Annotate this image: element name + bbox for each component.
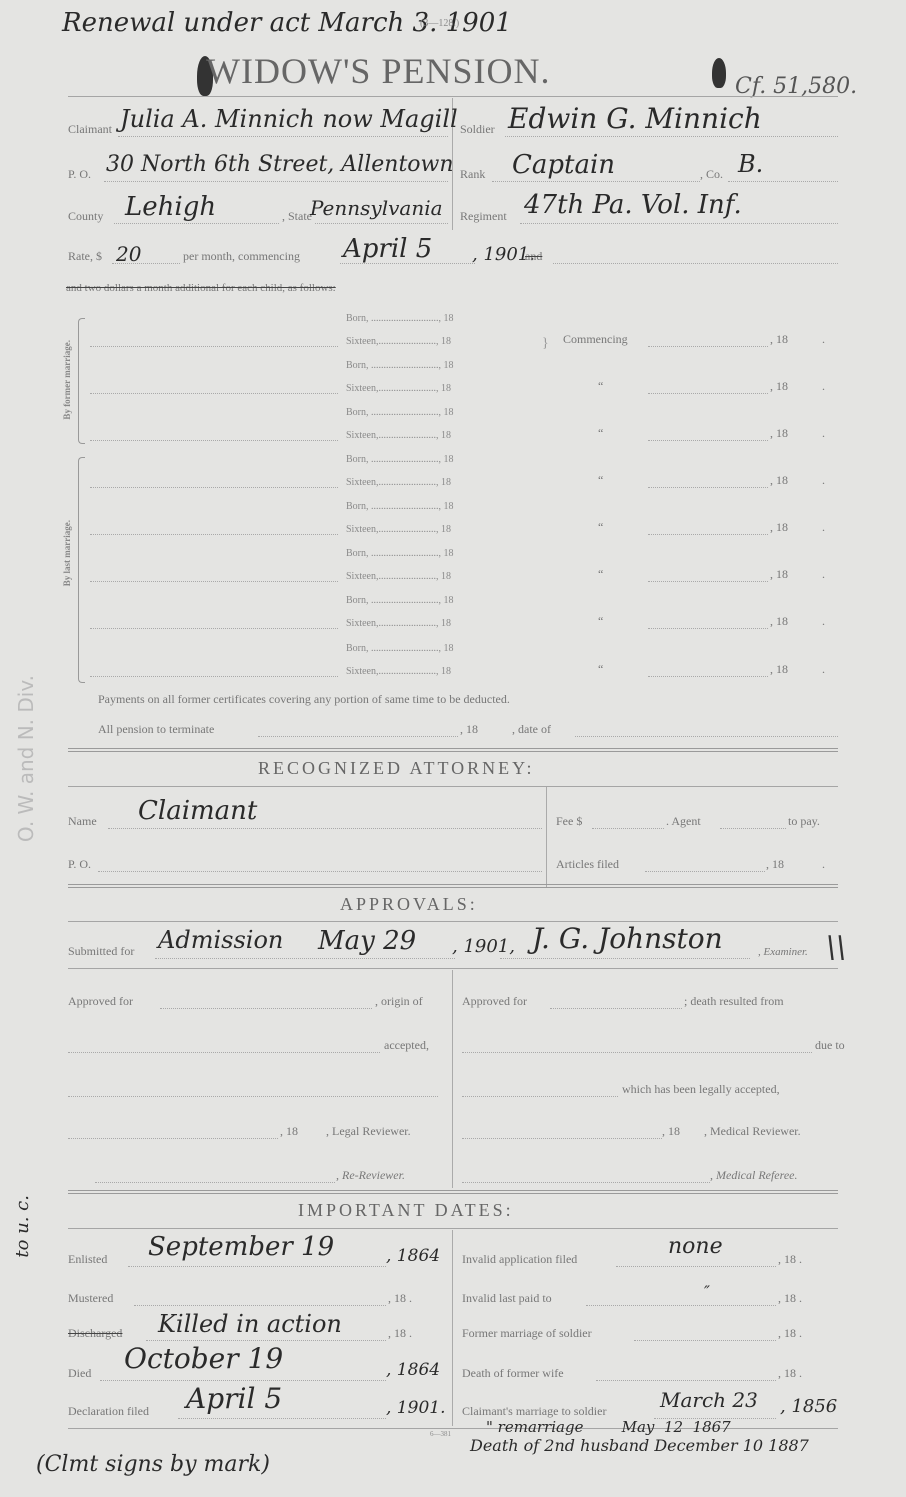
mustered-line[interactable] [134,1305,386,1306]
child-name-line[interactable] [90,440,338,441]
po-line [104,181,448,182]
po-value[interactable]: 30 North 6th Street, Allentown [106,152,454,177]
died-year[interactable]: , 1864 [386,1360,440,1380]
left-approved-line[interactable] [160,1008,372,1009]
brace-icon: } [542,336,549,352]
commencing-line[interactable] [648,487,768,488]
approvals-rule-top [68,884,838,888]
remarriage-note[interactable]: " remarriage May 12 1867 [486,1418,731,1436]
year-suffix: , 18 [770,520,788,535]
invalid-application-label: Invalid application filed [462,1252,577,1267]
former-marriage-label: By former marriage. [62,340,72,420]
terminate-year: , 18 [460,722,478,737]
and-struck: and [525,249,542,264]
attorney-po-line[interactable] [98,871,542,872]
year-suffix: , 18 [770,567,788,582]
period: . [822,426,825,441]
county-value[interactable]: Lehigh [125,192,216,222]
invalid-paid-label: Invalid last paid to [462,1291,552,1306]
last-marriage-label: By last marriage. [62,520,72,586]
invalid-paid-year: , 18 . [778,1291,802,1306]
year-suffix: , 18 [770,473,788,488]
commencing-line[interactable] [648,676,768,677]
ditto-mark: “ [598,379,603,394]
period: . [822,379,825,394]
header-rule [68,96,838,97]
died-line [100,1380,386,1381]
commencing-line[interactable] [648,393,768,394]
discharged-year: , 18 . [388,1326,412,1341]
county-line [114,223,279,224]
county-label: County [68,209,103,224]
invalid-paid-value[interactable]: ″ [704,1282,710,1301]
right-approved-line[interactable] [550,1008,682,1009]
payments-note: Payments on all former certificates cove… [98,692,510,707]
rank-line [492,181,700,182]
period: . [822,857,825,872]
sixteen-label: Sixteen,......................., 18 [346,477,451,488]
claimant-marriage-label: Claimant's marriage to soldier [462,1404,606,1419]
enlisted-year[interactable]: , 1864 [386,1246,440,1266]
attorney-name-label: Name [68,814,97,829]
right-approved-label: Approved for [462,994,527,1009]
sixteen-label: Sixteen,......................., 18 [346,571,451,582]
born-label: Born, ..........................., 18 [346,548,454,559]
regiment-label: Regiment [460,209,507,224]
child-name-line[interactable] [90,628,338,629]
invalid-application-value[interactable]: none [668,1234,723,1259]
claimant-marriage-value[interactable]: March 23 [660,1388,758,1412]
rank-label: Rank [460,167,485,182]
per-month-label: per month, commencing [183,249,300,264]
death-resulted-label: ; death resulted from [684,994,784,1009]
examiner-line [500,958,750,959]
legal-reviewer-label: , Legal Reviewer. [326,1124,411,1139]
sixteen-label: Sixteen,......................., 18 [346,336,451,347]
fee-label: Fee $ [556,814,582,829]
left-accepted-line[interactable] [68,1052,380,1053]
child-name-line[interactable] [90,487,338,488]
discharged-label: Discharged [68,1326,122,1341]
period: . [822,520,825,535]
co-label: , Co. [700,167,723,182]
born-label: Born, ..........................., 18 [346,360,454,371]
legal-date-line[interactable] [68,1138,278,1139]
period: . [822,567,825,582]
born-label: Born, ..........................., 18 [346,595,454,606]
invalid-application-year: , 18 . [778,1252,802,1267]
legal-year: , 18 [280,1124,298,1139]
child-name-line[interactable] [90,393,338,394]
commencing-line[interactable] [648,581,768,582]
children-line-struck: and two dollars a month additional for e… [66,282,336,294]
claimant-marriage-year[interactable]: , 1856 [780,1396,837,1417]
rank-value[interactable]: Captain [512,150,615,180]
sixteen-label: Sixteen,......................., 18 [346,524,451,535]
ditto-mark: “ [598,520,603,535]
rate-value[interactable]: 20 [116,242,141,266]
due-to-label: due to [815,1038,845,1053]
commencing-line[interactable] [648,534,768,535]
agent-label: . Agent [666,814,701,829]
declaration-value[interactable]: April 5 [186,1382,282,1415]
soldier-value[interactable]: Edwin G. Minnich [508,102,762,135]
form-number: (3—128.) [420,18,459,29]
child-name-line[interactable] [90,676,338,677]
enlisted-value[interactable]: September 19 [148,1232,334,1262]
accepted-label: accepted, [384,1038,429,1053]
sixteen-label: Sixteen,......................., 18 [346,430,451,441]
state-line [315,223,448,224]
attorney-name-value[interactable]: Claimant [138,796,257,826]
year-suffix: , 18 [770,426,788,441]
articles-line[interactable] [645,871,765,872]
regiment-value[interactable]: 47th Pa. Vol. Inf. [524,190,742,220]
born-label: Born, ..........................., 18 [346,501,454,512]
state-value[interactable]: Pennsylvania [310,196,443,220]
terminate-line[interactable] [258,736,458,737]
dates-divider [452,1230,453,1426]
origin-label: , origin of [375,994,423,1009]
left-blank-line[interactable] [68,1096,438,1097]
co-value[interactable]: B. [738,150,763,178]
enlisted-label: Enlisted [68,1252,107,1267]
claimant-value[interactable]: Julia A. Minnich now Magill [120,105,458,133]
medical-referee-label: , Medical Referee. [710,1168,798,1183]
death-former-wife-line[interactable] [596,1380,776,1381]
discharged-value[interactable]: Killed in action [158,1310,342,1338]
form-title: WIDOW'S PENSION. [206,50,550,92]
state-label: , State [282,209,312,224]
former-marriage-year: , 18 . [778,1326,802,1341]
submitted-value[interactable]: Admission [158,926,283,954]
date-of-label: , date of [512,722,551,737]
dates-heading: IMPORTANT DATES: [298,1200,514,1221]
referee-line[interactable] [462,1182,710,1183]
attorney-heading: RECOGNIZED ATTORNEY: [258,758,535,779]
approvals-heading: APPROVALS: [340,894,478,915]
child-name-line[interactable] [90,346,338,347]
rate-label: Rate, $ [68,249,102,264]
born-label: Born, ..........................., 18 [346,454,454,465]
po-label: P. O. [68,167,91,182]
ditto-mark: “ [598,662,603,677]
terminate-label: All pension to terminate [98,722,214,737]
enlisted-line [128,1266,386,1267]
dates-rule-top [68,1190,838,1194]
legally-accepted-label: which has been legally accepted, [622,1082,780,1097]
commencing-line[interactable] [648,628,768,629]
last-marriage-bracket [78,457,85,683]
born-label: Born, ..........................., 18 [346,643,454,654]
died-value[interactable]: October 19 [124,1342,283,1375]
child-name-line[interactable] [90,534,338,535]
died-label: Died [68,1366,91,1381]
death-former-wife-label: Death of former wife [462,1366,564,1381]
rereviewer-label: , Re-Reviewer. [336,1168,405,1183]
former-marriage-bracket [78,318,85,444]
invalid-paid-line [586,1305,776,1306]
dates-rule [68,1228,838,1229]
medical-reviewer-label: , Medical Reviewer. [704,1124,801,1139]
period: . [822,332,825,347]
soldier-line [505,136,838,137]
submitted-label: Submitted for [68,944,134,959]
margin-note: to u. c. [12,1195,33,1258]
year-suffix: , 18 [770,379,788,394]
medical-date-line[interactable] [462,1138,662,1139]
ditto-mark: “ [598,614,603,629]
death-former-wife-year: , 18 . [778,1366,802,1381]
year-suffix: , 18 [770,332,788,347]
child-name-line[interactable] [90,581,338,582]
mustered-year: , 18 . [388,1291,412,1306]
attorney-rule [68,786,838,787]
mustered-label: Mustered [68,1291,113,1306]
right-legally-line[interactable] [462,1096,618,1097]
period: . [822,473,825,488]
born-label: Born, ..........................., 18 [346,407,454,418]
commencing-line[interactable] [648,346,768,347]
discharged-line [146,1340,386,1341]
right-due-line[interactable] [462,1052,812,1053]
co-line [728,181,838,182]
submitted-rule [68,968,838,969]
attorney-name-line [108,828,542,829]
sixteen-label: Sixteen,......................., 18 [346,383,451,394]
to-pay-label: to pay. [788,814,820,829]
year-suffix: , 18 [770,662,788,677]
declaration-year[interactable]: , 1901. [386,1398,445,1418]
commencing-line[interactable] [648,440,768,441]
claimant-line [118,136,448,137]
year-suffix: , 18 [770,614,788,629]
regiment-line [520,223,838,224]
articles-label: Articles filed [556,857,619,872]
form-code: 6—381 [430,1430,451,1438]
invalid-application-line [616,1266,776,1267]
submitted-date[interactable]: May 29 [318,926,416,956]
period: . [822,614,825,629]
sixteen-label: Sixteen,......................., 18 [346,666,451,677]
agent-line[interactable] [720,828,786,829]
former-marriage-label: Former marriage of soldier [462,1326,592,1341]
examiner-name[interactable]: J. G. Johnston [532,922,723,955]
claimant-label: Claimant [68,122,112,137]
declaration-line [178,1418,386,1419]
ditto-mark: “ [598,473,603,488]
born-label: Born, ..........................., 18 [346,313,454,324]
footer-note[interactable]: (Clmt signs by mark) [36,1452,270,1477]
former-marriage-line[interactable] [634,1340,776,1341]
soldier-label: Soldier [460,122,495,137]
approvals-divider [452,970,453,1188]
period: . [822,662,825,677]
attorney-divider [546,787,547,887]
rate-tail-line [553,263,838,264]
submitted-line [155,958,455,959]
attorney-po-label: P. O. [68,857,91,872]
ditto-mark: “ [598,426,603,441]
commencing-label: Commencing [563,332,628,347]
left-approved-label: Approved for [68,994,133,1009]
attorney-rule-top [68,748,838,752]
ditto-mark: “ [598,567,603,582]
rereviewer-line[interactable] [95,1182,335,1183]
punch-hole-right [712,58,726,88]
submitted-year[interactable]: , 1901, [452,936,515,957]
death-of-husband-note[interactable]: Death of 2nd husband December 10 1887 [470,1436,809,1455]
sixteen-label: Sixteen,......................., 18 [346,618,451,629]
examiner-label: , Examiner. [758,946,808,958]
fee-line[interactable] [592,828,664,829]
division-stamp: O. W. and N. Div. [14,675,38,842]
declaration-label: Declaration filed [68,1404,149,1419]
date-of-line[interactable] [575,736,838,737]
commencing-value[interactable]: April 5 [343,234,432,264]
articles-year: , 18 [766,857,784,872]
medical-year: , 18 [662,1124,680,1139]
check-mark-icon: \\ [826,930,846,965]
